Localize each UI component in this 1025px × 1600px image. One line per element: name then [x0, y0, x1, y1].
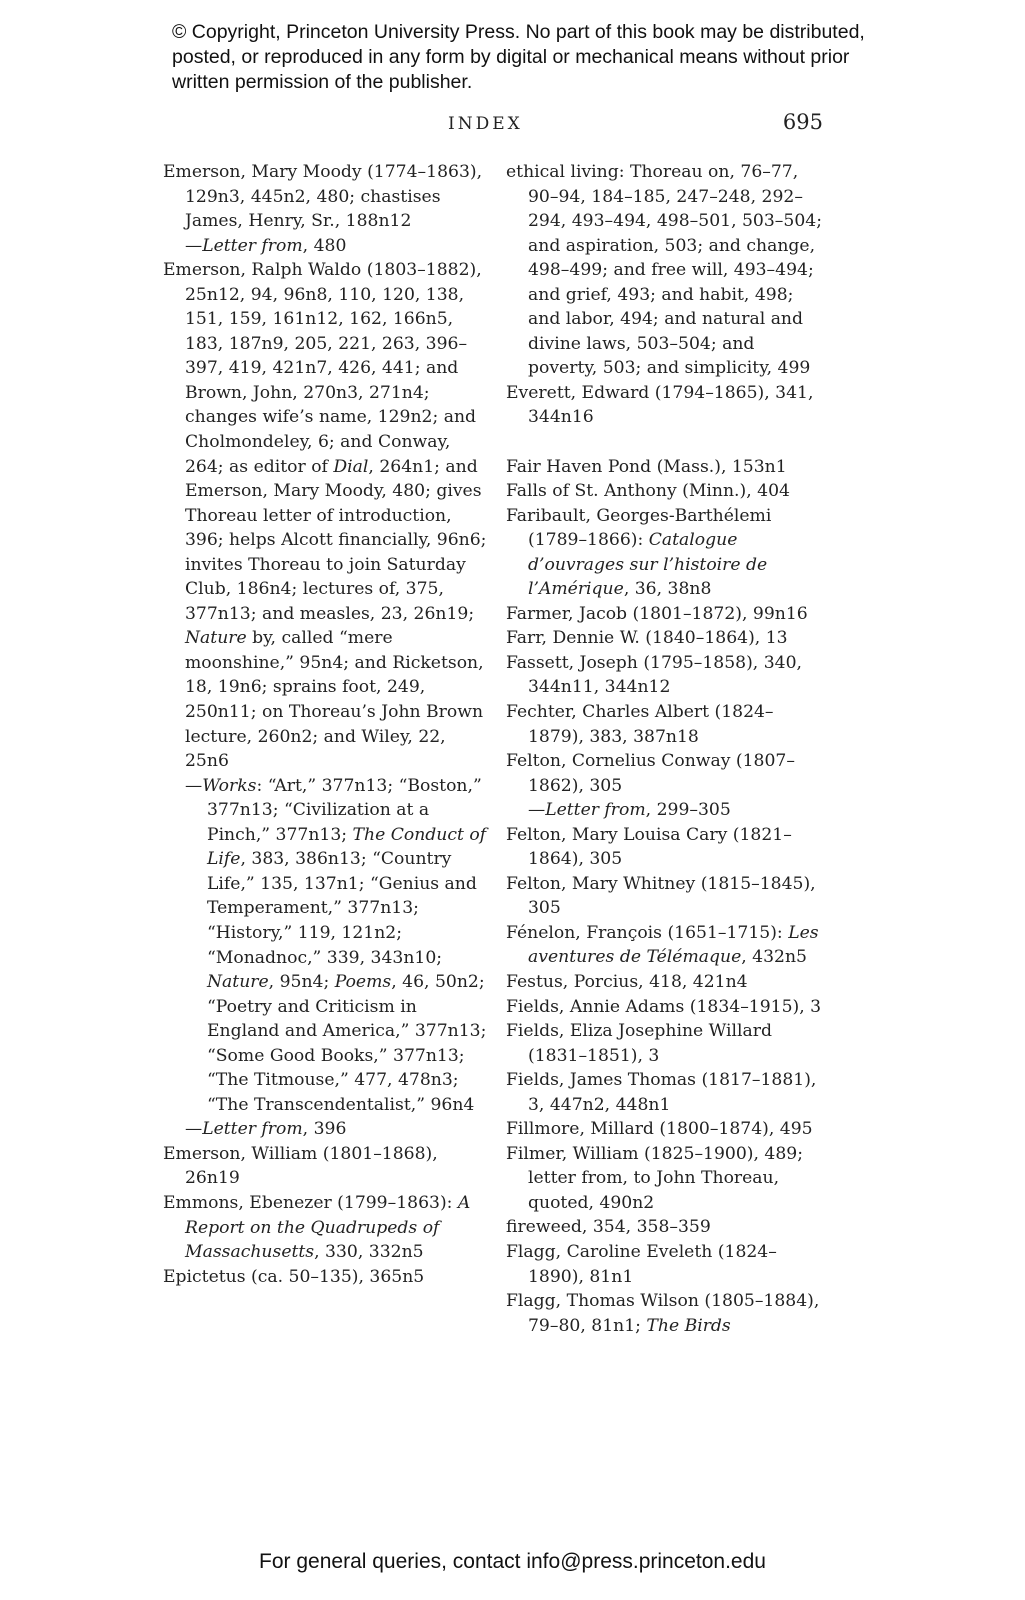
- index-entry: Flagg, Caroline Eveleth (1824–1890), 81n…: [506, 1240, 826, 1289]
- page-number: 695: [783, 110, 823, 134]
- index-entry: Fields, Eliza Josephine Willard (1831–18…: [506, 1019, 826, 1068]
- index-column-right: ethical living: Thoreau on, 76–77, 90–94…: [506, 160, 826, 1338]
- index-entry: Fair Haven Pond (Mass.), 153n1: [506, 455, 826, 480]
- running-head: INDEX 695: [163, 110, 823, 140]
- index-subentry: —Letter from, 299–305: [506, 798, 826, 823]
- section-title: INDEX: [448, 114, 523, 134]
- index-entry: Emerson, Mary Moody (1774–1863), 129n3, …: [163, 160, 493, 234]
- index-entry: fireweed, 354, 358–359: [506, 1215, 826, 1240]
- index-entry: Festus, Porcius, 418, 421n4: [506, 970, 826, 995]
- index-entry: Felton, Mary Whitney (1815–1845), 305: [506, 872, 826, 921]
- index-entry: Fillmore, Millard (1800–1874), 495: [506, 1117, 826, 1142]
- index-entry: Farmer, Jacob (1801–1872), 99n16: [506, 602, 826, 627]
- index-entry: Emmons, Ebenezer (1799–1863): A Report o…: [163, 1191, 493, 1265]
- index-entry: Fields, Annie Adams (1834–1915), 3: [506, 995, 826, 1020]
- index-entry: ethical living: Thoreau on, 76–77, 90–94…: [506, 160, 826, 381]
- index-entry: Fassett, Joseph (1795–1858), 340, 344n11…: [506, 651, 826, 700]
- index-subentry: —Letter from, 480: [163, 234, 493, 259]
- index-entry: Faribault, Georges-Barthélemi (1789–1866…: [506, 504, 826, 602]
- index-entry: Flagg, Thomas Wilson (1805–1884), 79–80,…: [506, 1289, 826, 1338]
- index-entry: Farr, Dennie W. (1840–1864), 13: [506, 626, 826, 651]
- index-entry: Everett, Edward (1794–1865), 341, 344n16: [506, 381, 826, 430]
- index-subentry: —Works: “Art,” 377n13; “Boston,” 377n13;…: [163, 774, 493, 1118]
- index-entry: Emerson, William (1801–1868), 26n19: [163, 1142, 493, 1191]
- index-entry: Filmer, William (1825–1900), 489; letter…: [506, 1142, 826, 1216]
- index-entry: Fields, James Thomas (1817–1881), 3, 447…: [506, 1068, 826, 1117]
- copyright-notice: © Copyright, Princeton University Press.…: [172, 20, 872, 95]
- letter-group-gap: [506, 430, 826, 455]
- index-subentry: —Letter from, 396: [163, 1117, 493, 1142]
- footer-contact: For general queries, contact info@press.…: [0, 1550, 1025, 1574]
- index-entry: Emerson, Ralph Waldo (1803–1882), 25n12,…: [163, 258, 493, 773]
- index-entry: Fénelon, François (1651–1715): Les avent…: [506, 921, 826, 970]
- index-entry: Fechter, Charles Albert (1824–1879), 383…: [506, 700, 826, 749]
- index-entry: Felton, Cornelius Conway (1807–1862), 30…: [506, 749, 826, 798]
- index-column-left: Emerson, Mary Moody (1774–1863), 129n3, …: [163, 160, 493, 1289]
- index-entry: Falls of St. Anthony (Minn.), 404: [506, 479, 826, 504]
- index-entry: Felton, Mary Louisa Cary (1821–1864), 30…: [506, 823, 826, 872]
- index-entry: Epictetus (ca. 50–135), 365n5: [163, 1265, 493, 1290]
